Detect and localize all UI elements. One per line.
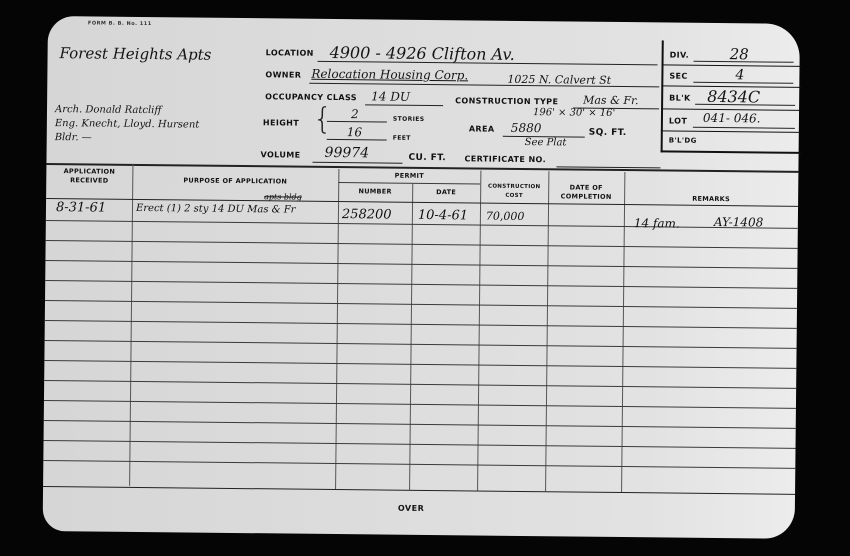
area-note: See Plat xyxy=(525,137,567,148)
area-label: AREA xyxy=(469,124,495,133)
blk-label: BL'K xyxy=(669,94,691,103)
volume-label: VOLUME xyxy=(261,150,301,159)
occupancy-underline xyxy=(365,104,443,106)
application-received-cell: 8-31-61 xyxy=(56,200,106,216)
permit-date-cell: 10-4-61 xyxy=(418,208,468,224)
feet-value: 16 xyxy=(347,125,362,139)
remarks-right-cell: AY-1408 xyxy=(714,215,764,230)
owner-value: Relocation Housing Corp. xyxy=(311,67,468,83)
lot-value: 041- 046. xyxy=(703,111,761,126)
header-purpose: PURPOSE OF APPLICATION xyxy=(132,176,338,187)
owner-label: OWNER xyxy=(265,70,301,79)
table-row: 8-31-61 Erect (1) 2 sty 14 DU Mas & Fr a… xyxy=(48,16,800,24)
height-brace: { xyxy=(313,105,332,135)
location-value: 4900 - 4926 Clifton Av. xyxy=(330,43,515,64)
blk-value: 8434C xyxy=(707,87,760,107)
permit-record-card: FORM B. B. No. 111 Forest Heights Apts A… xyxy=(43,16,800,539)
occupancy-class-label: OCCUPANCY CLASS xyxy=(265,92,357,102)
area-unit: SQ. FT. xyxy=(589,128,627,138)
stories-label: STORIES xyxy=(393,116,425,123)
division-box: DIV. 28 SEC 4 BL'K 8434C LOT 041- 046. B… xyxy=(661,40,802,153)
purpose-strikethrough: apts bldg xyxy=(264,192,302,201)
location-label: LOCATION xyxy=(266,48,314,58)
div-value: 28 xyxy=(730,45,749,63)
permit-number-cell: 258200 xyxy=(342,207,392,223)
construction-type-label: CONSTRUCTION TYPE xyxy=(455,96,558,106)
owner-address: 1025 N. Calvert St xyxy=(507,73,611,87)
header-date-of-completion: DATE OF COMPLETION xyxy=(550,183,622,202)
header-permit-date: DATE xyxy=(412,188,480,198)
stories-value: 2 xyxy=(351,107,359,121)
lot-label: LOT xyxy=(669,117,687,126)
purpose-cell: Erect (1) 2 sty 14 DU Mas & Fr xyxy=(136,203,296,216)
div-label: DIV. xyxy=(670,51,690,60)
header-permit-number: NUMBER xyxy=(338,187,412,197)
header-permit: PERMIT xyxy=(338,171,480,181)
volume-unit: CU. FT. xyxy=(408,153,446,163)
header-application-received: APPLICATION RECEIVED xyxy=(46,167,132,186)
building-dimensions: 196' × 30' × 16' xyxy=(533,107,615,119)
header-remarks: REMARKS xyxy=(624,194,798,205)
volume-value: 99974 xyxy=(324,145,369,161)
form-number: FORM B. B. No. 111 xyxy=(88,20,152,27)
architect-line: Arch. Donald Ratcliff xyxy=(55,104,162,116)
bldg-label: B'L'DG xyxy=(669,137,697,145)
header-construction-cost: CONSTRUCTION COST xyxy=(484,183,544,202)
construction-type-value: Mas & Fr. xyxy=(583,94,639,108)
project-name: Forest Heights Apts xyxy=(60,44,212,64)
builder-line: Bldr. — xyxy=(55,132,92,143)
height-label: HEIGHT xyxy=(263,118,299,127)
feet-label: FEET xyxy=(393,135,411,142)
lot-underline xyxy=(693,127,795,129)
sec-label: SEC xyxy=(669,72,687,81)
area-value: 5880 xyxy=(511,121,542,135)
volume-underline xyxy=(312,162,402,164)
permit-table: APPLICATION RECEIVED PURPOSE OF APPLICAT… xyxy=(48,16,800,24)
sec-value: 4 xyxy=(735,67,744,83)
remarks-left-cell: 14 fam. xyxy=(634,216,680,230)
occupancy-class-value: 14 DU xyxy=(371,89,410,103)
engineer-line: Eng. Knecht, Lloyd. Hursent xyxy=(55,118,200,131)
construction-cost-cell: 70,000 xyxy=(486,210,525,223)
certificate-no-label: CERTIFICATE NO. xyxy=(464,154,546,164)
over-footer: OVER xyxy=(398,504,424,513)
